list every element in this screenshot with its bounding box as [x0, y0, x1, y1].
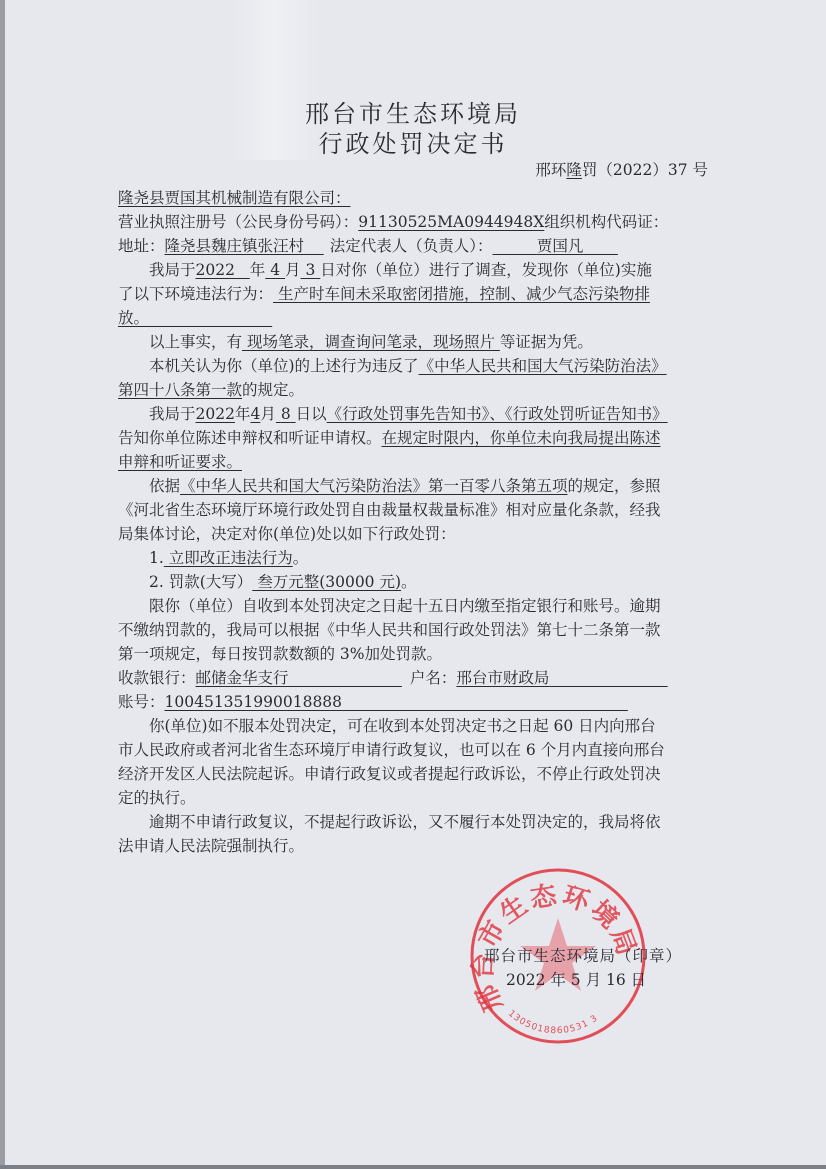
document-title: 行政处罚决定书	[0, 124, 826, 159]
bank-line: 收款银行：邮储金华支行 户名：邢台市财政局	[118, 666, 708, 690]
violated-law-line-1: 本机关认为你（单位)的上述行为违反了《中华人民共和国大气污染防治法》	[118, 354, 739, 378]
violated-law-line-2: 第四十八条第一款的规定。	[118, 378, 708, 402]
violated-article: 第四十八条第一款	[118, 381, 242, 399]
appeal-line-2: 市人民政府或者河北省生态环境厅申请行政复议，也可以在 6 个月内直接向邢台	[118, 738, 708, 762]
reference-number: 邢环隆罚（2022）37 号	[535, 158, 708, 180]
penalty-item-1: 1. 立即改正违法行为。	[118, 546, 739, 570]
payment-line-2: 不缴纳罚款的，我局可以根据《中华人民共和国行政处罚法》第七十二条第一款	[118, 618, 708, 642]
basis-line-1: 依据《中华人民共和国大气污染防治法》第一百零八条第五项的规定，参照	[118, 474, 739, 498]
basis-line-2: 《河北省生态环境厅环境行政处罚自由裁量权裁量标准》相对应量化条款，经我	[118, 498, 708, 522]
notice-line-3: 申辩和听证要求。	[118, 450, 708, 474]
investigation-line-3: 放。	[118, 306, 708, 330]
enforcement-line-1: 逾期不申请行政复议，不提起行政诉讼，又不履行本处罚决定的，我局将依	[118, 810, 739, 834]
evidence-items: 现场笔录，调查询问笔录，现场照片	[242, 333, 500, 351]
appeal-line-4: 定的执行。	[118, 786, 708, 810]
account-number: 100451351990018888	[165, 693, 628, 711]
evidence-line: 以上事实，有 现场笔录，调查询问笔录，现场照片 等证据为凭。	[118, 330, 739, 354]
investigation-line-1: 我局于2022 年 4 月 3 日对你（单位）进行了调查，发现你（单位)实施	[118, 258, 739, 282]
penalty-item-2: 2. 罚款(大写） 叁万元整(30000 元)。	[118, 570, 739, 594]
issuer-signature: 邢台市生态环境局（印章）	[484, 944, 682, 966]
enforcement-line-2: 法申请人民法院强制执行。	[118, 834, 708, 858]
penalty-decision-document: 邢台市生态环境局 行政处罚决定书 邢环隆罚（2022）37 号 隆尧县贾国其机械…	[0, 0, 826, 1169]
license-line: 营业执照注册号（公民身份号码）：91130525MA0944948X组织机构代码…	[118, 210, 708, 234]
basis-line-3: 局集体讨论，决定对你(单位)处以如下行政处罚：	[118, 522, 708, 546]
address-line: 地址：隆尧县魏庄镇张汪村 法定代表人（负责人）： 贾国凡	[118, 234, 708, 258]
issue-date: 2022 年 5 月 16 日	[506, 968, 646, 990]
fine-amount: 叁万元整(30000 元)	[252, 573, 401, 591]
appeal-line-3: 经济开发区人民法院起诉。申请行政复议或者提起行政诉讼，不停止行政处罚决	[118, 762, 708, 786]
investigation-line-2: 了以下环境违法行为： 生产时车间未采取密闭措施，控制、减少气态污染物排	[118, 282, 708, 306]
license-number: 91130525MA0944948X	[358, 213, 544, 231]
payment-line-1: 限你（单位）自收到本处罚决定之日起十五日内缴至指定银行和账号。逾期	[118, 594, 739, 618]
scan-edge-bottom	[0, 1165, 826, 1169]
penalty-basis-law: 《中华人民共和国大气污染防治法》第一百零八条第五项	[180, 477, 568, 495]
bank-name: 邮储金华支行	[196, 669, 402, 687]
appeal-line-1: 你(单位)如不服本处罚决定，可在收到本处罚决定书之日起 60 日内向邢台	[118, 714, 739, 738]
notice-documents: 《行政处罚事先告知书》、《行政处罚听证告知书》	[327, 405, 668, 423]
account-line: 账号：100451351990018888	[118, 690, 708, 714]
notice-line-1: 我局于2022年4月 8 日以《行政处罚事先告知书》、《行政处罚听证告知书》	[118, 402, 739, 426]
payment-line-3: 第一项规定，每日按罚款数额的 3%加处罚款。	[118, 642, 708, 666]
account-name: 邢台市财政局	[456, 669, 667, 687]
violated-law: 《中华人民共和国大气污染防治法》	[419, 357, 667, 375]
notice-line-2: 告知你单位陈述申辩权和听证申请权。在规定时限内，你单位未向我局提出陈述	[118, 426, 708, 450]
legal-representative: 贾国凡	[493, 237, 618, 255]
address-value: 隆尧县魏庄镇张汪村	[165, 237, 324, 255]
addressee: 隆尧县贾国其机械制造有限公司：	[118, 186, 708, 210]
violation-text: 生产时车间未采取密闭措施，控制、减少气态污染物排	[273, 285, 650, 303]
